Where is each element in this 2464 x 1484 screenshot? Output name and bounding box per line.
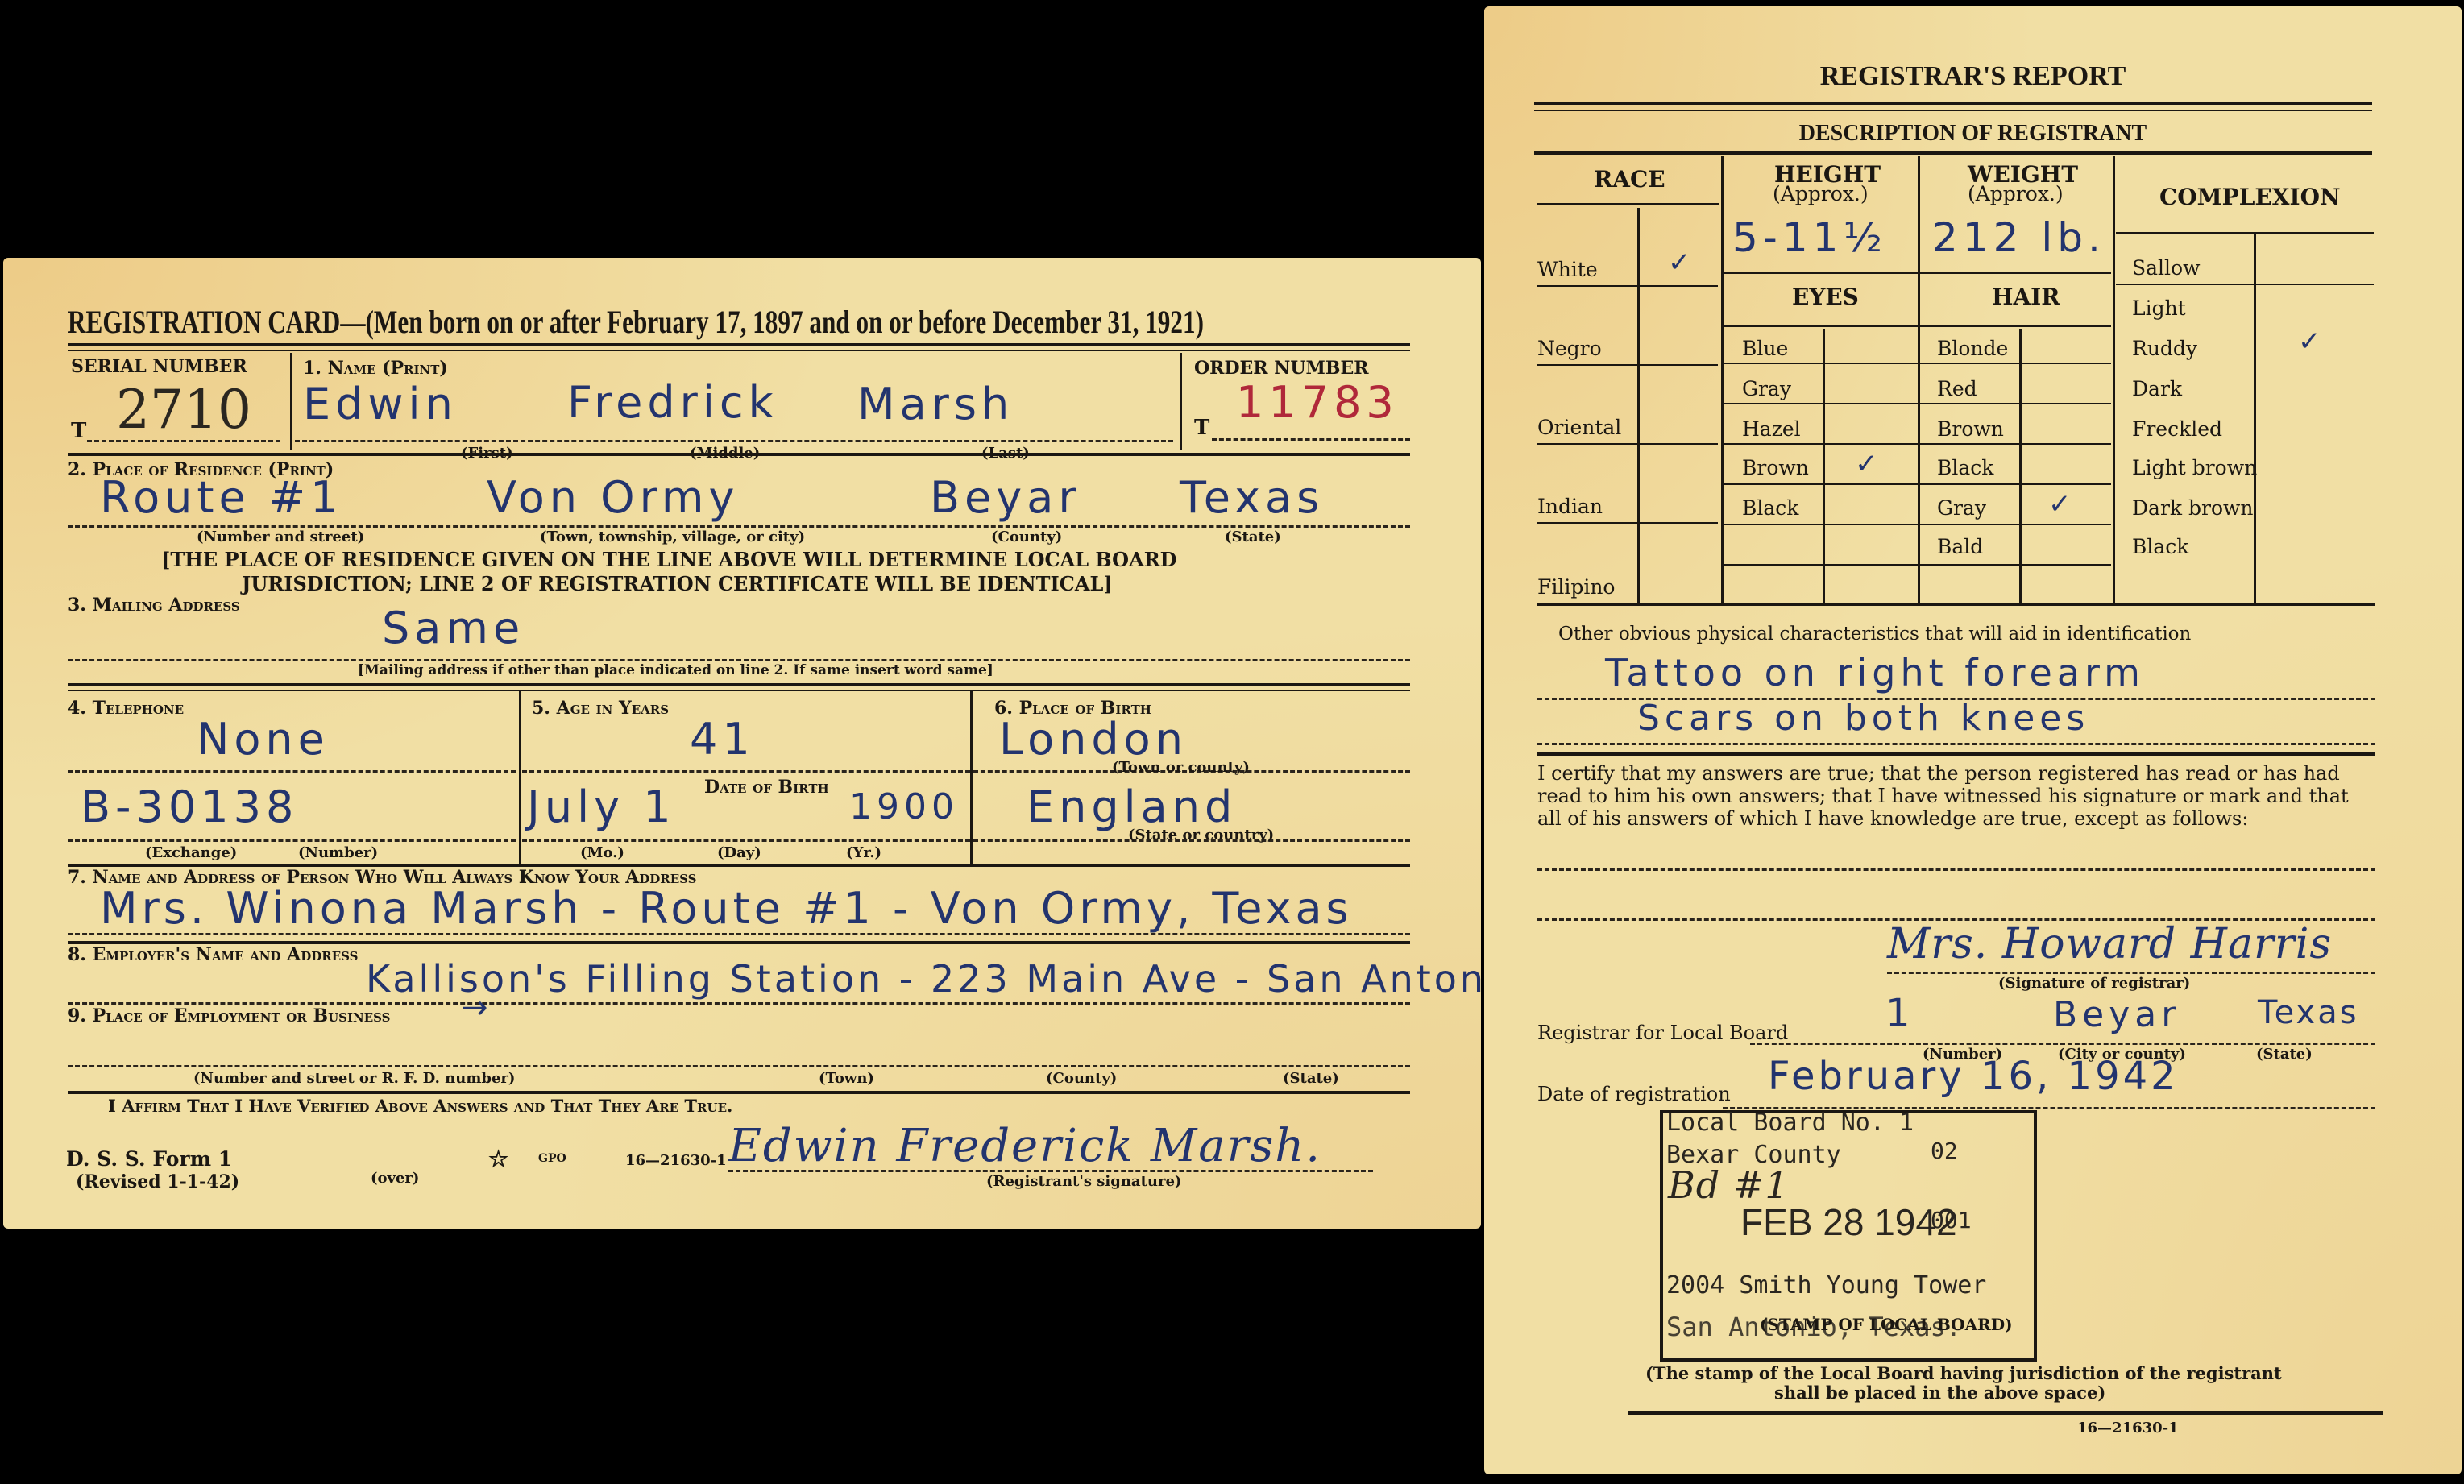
complexion-freckled: Freckled [2132, 417, 2222, 441]
hair-header: HAIR [1992, 284, 2060, 310]
order-number-value: 11783 [1236, 377, 1399, 428]
registrars-report-card: REGISTRAR'S REPORT DESCRIPTION OF REGIST… [1484, 6, 2462, 1474]
report-print-code: 16—21630-1 [2077, 1420, 2179, 1436]
star-icon: ☆ [488, 1146, 508, 1172]
emp-town-caption: (Town) [819, 1070, 874, 1087]
day-caption: (Day) [717, 844, 761, 861]
birth-town: London [999, 714, 1188, 765]
residence-street: Route #1 [100, 472, 343, 523]
residence-county: Beyar [930, 472, 1081, 523]
race-white: White [1537, 258, 1598, 281]
hair-blonde: Blonde [1937, 337, 2008, 360]
street-caption: (Number and street) [197, 529, 364, 545]
mailing-caption: [Mailing address if other than place ind… [358, 662, 993, 678]
race-header: RACE [1594, 166, 1665, 193]
name-middle: Fredrick [567, 377, 778, 428]
registrar-signature-caption: (Signature of registrar) [1998, 975, 2190, 992]
residence-notice-2: JURISDICTION; LINE 2 OF REGISTRATION CER… [242, 572, 1113, 595]
complexion-ruddy-check-icon: ✓ [2298, 325, 2321, 358]
stamp-date: FEB 28 1942 [1740, 1200, 1957, 1244]
name-first: Edwin [303, 379, 458, 429]
eyes-blue: Blue [1742, 337, 1788, 360]
weight-value: 212 lb. [1932, 214, 2105, 261]
local-board-number: 1 [1885, 991, 1915, 1036]
print-code: 16—21630-1 [625, 1152, 727, 1169]
town-caption: (Town, township, village, or city) [540, 529, 805, 545]
eyes-gray: Gray [1742, 377, 1791, 400]
local-board-label: Registrar for Local Board [1537, 1022, 1788, 1044]
stamp-code1: 02 [1931, 1138, 1958, 1164]
hair-gray-check-icon: ✓ [2048, 488, 2072, 520]
signature-caption: (Registrant's signature) [986, 1173, 1181, 1190]
local-board-stamp: Local Board No. 1 Bexar County Bd #1 02 … [1660, 1110, 2037, 1362]
complexion-ruddy: Ruddy [2132, 337, 2197, 360]
employer-value: Kallison's Filling Station - 223 Main Av… [366, 957, 1526, 1001]
exchange-caption: (Exchange) [145, 844, 237, 861]
birth-country: England [1027, 781, 1237, 832]
stamp-note-1: (The stamp of the Local Board having jur… [1645, 1363, 2282, 1383]
serial-number-label: SERIAL NUMBER [71, 356, 247, 377]
registrant-signature: Edwin Frederick Marsh. [728, 1120, 1321, 1172]
other-characteristics-2: Scars on both knees [1637, 698, 2089, 739]
employment-arrow: → [461, 989, 493, 1026]
birth-month: July 1 [527, 781, 676, 832]
number-caption: (Number) [298, 844, 378, 861]
date-of-registration-value: February 16, 1942 [1768, 1054, 2179, 1099]
county-caption: (County) [991, 529, 1062, 545]
race-indian: Indian [1537, 495, 1603, 518]
complexion-light: Light [2132, 296, 2186, 320]
race-white-check-icon: ✓ [1668, 247, 1691, 279]
registrar-signature: Mrs. Howard Harris [1887, 920, 2332, 968]
height-value: 5-11½ [1732, 214, 1887, 261]
eyes-hazel: Hazel [1742, 417, 1801, 441]
telephone-label: 4. Telephone [68, 698, 184, 719]
complexion-sallow: Sallow [2132, 256, 2200, 280]
name-label: 1. Name (Print) [303, 358, 448, 379]
stamp-note-2: shall be placed in the above space) [1774, 1382, 2105, 1403]
residence-state: Texas [1180, 472, 1324, 523]
complexion-header: COMPLEXION [2159, 184, 2341, 210]
emp-state-caption: (State) [1283, 1070, 1339, 1087]
year-caption: (Yr.) [846, 844, 881, 861]
eyes-brown-check-icon: ✓ [1855, 448, 1878, 480]
stamp-address1: 2004 Smith Young Tower [1666, 1271, 1986, 1300]
hair-bald: Bald [1937, 535, 1983, 558]
complexion-light-brown: Light brown [2132, 456, 2257, 479]
place-of-employment-label: 9. Place of Employment or Business [68, 1005, 391, 1026]
report-title: REGISTRAR'S REPORT [1484, 61, 2462, 92]
form-revised: (Revised 1-1-42) [76, 1171, 239, 1192]
serial-number-value: 2710 [116, 379, 251, 441]
report-subtitle: DESCRIPTION OF REGISTRANT [1484, 121, 2462, 147]
state-caption: (State) [1225, 529, 1281, 545]
complexion-dark: Dark [2132, 377, 2182, 400]
date-of-registration-label: Date of registration [1537, 1083, 1731, 1105]
other-characteristics-1: Tattoo on right forearm [1605, 651, 2145, 694]
mailing-address-value: Same [382, 603, 525, 653]
race-filipino: Filipino [1537, 575, 1615, 599]
hair-brown: Brown [1937, 417, 2004, 441]
hair-gray: Gray [1937, 496, 1986, 520]
card-title: REGISTRATION CARD—(Men born on or after … [68, 303, 1204, 341]
registration-card: REGISTRATION CARD—(Men born on or after … [3, 258, 1481, 1229]
birth-year: 1900 [849, 786, 959, 827]
eyes-brown: Brown [1742, 456, 1809, 479]
eyes-header: EYES [1792, 284, 1859, 310]
month-caption: (Mo.) [580, 844, 624, 861]
stamp-caption: (STAMP OF LOCAL BOARD) [1760, 1315, 2013, 1334]
complexion-dark-brown: Dark brown [2132, 496, 2254, 520]
telephone-value: None [197, 714, 330, 765]
birth-town-caption: (Town or county) [1112, 759, 1250, 776]
serial-prefix: T [71, 419, 86, 443]
hair-black: Black [1937, 456, 1993, 479]
birth-country-caption: (State or country) [1128, 827, 1274, 844]
form-id: D. S. S. Form 1 [66, 1147, 232, 1171]
order-number-label: ORDER NUMBER [1194, 358, 1369, 379]
age-label: 5. Age in Years [532, 698, 669, 719]
date-of-birth-label: Date of Birth [704, 777, 829, 798]
height-sub: (Approx.) [1773, 182, 1869, 205]
employer-label: 8. Employer's Name and Address [68, 944, 359, 965]
over-label: (over) [371, 1170, 419, 1187]
weight-sub: (Approx.) [1968, 182, 2064, 205]
race-oriental: Oriental [1537, 416, 1621, 439]
order-prefix: T [1194, 416, 1209, 440]
affirmation: I Affirm That I Have Verified Above Answ… [108, 1096, 732, 1116]
residence-notice-1: [THE PLACE OF RESIDENCE GIVEN ON THE LIN… [161, 548, 1176, 571]
telephone-exchange: B-30138 [81, 781, 298, 832]
certification-text: I certify that my answers are true; that… [1537, 762, 2375, 830]
eyes-black: Black [1742, 496, 1798, 520]
board-state-caption: (State) [2256, 1046, 2313, 1063]
gpo-label: GPO [538, 1152, 566, 1165]
complexion-black: Black [2132, 535, 2188, 558]
stamp-line1: Local Board No. 1 [1666, 1109, 1914, 1137]
hair-red: Red [1937, 377, 1977, 400]
race-negro: Negro [1537, 337, 1602, 360]
name-last: Marsh [857, 379, 1014, 429]
emp-county-caption: (County) [1046, 1070, 1117, 1087]
local-board-state: Texas [2258, 994, 2359, 1031]
emp-street-caption: (Number and street or R. F. D. number) [193, 1070, 515, 1087]
age-value: 41 [690, 714, 755, 765]
mailing-address-label: 3. Mailing Address [68, 595, 240, 616]
stamp-code2: 001 [1931, 1207, 1972, 1233]
residence-town: Von Ormy [487, 472, 740, 523]
other-characteristics-label: Other obvious physical characteristics t… [1558, 624, 2191, 645]
local-board-county: Beyar [2053, 994, 2180, 1035]
contact-person-value: Mrs. Winona Marsh - Route #1 - Von Ormy,… [100, 883, 1353, 934]
